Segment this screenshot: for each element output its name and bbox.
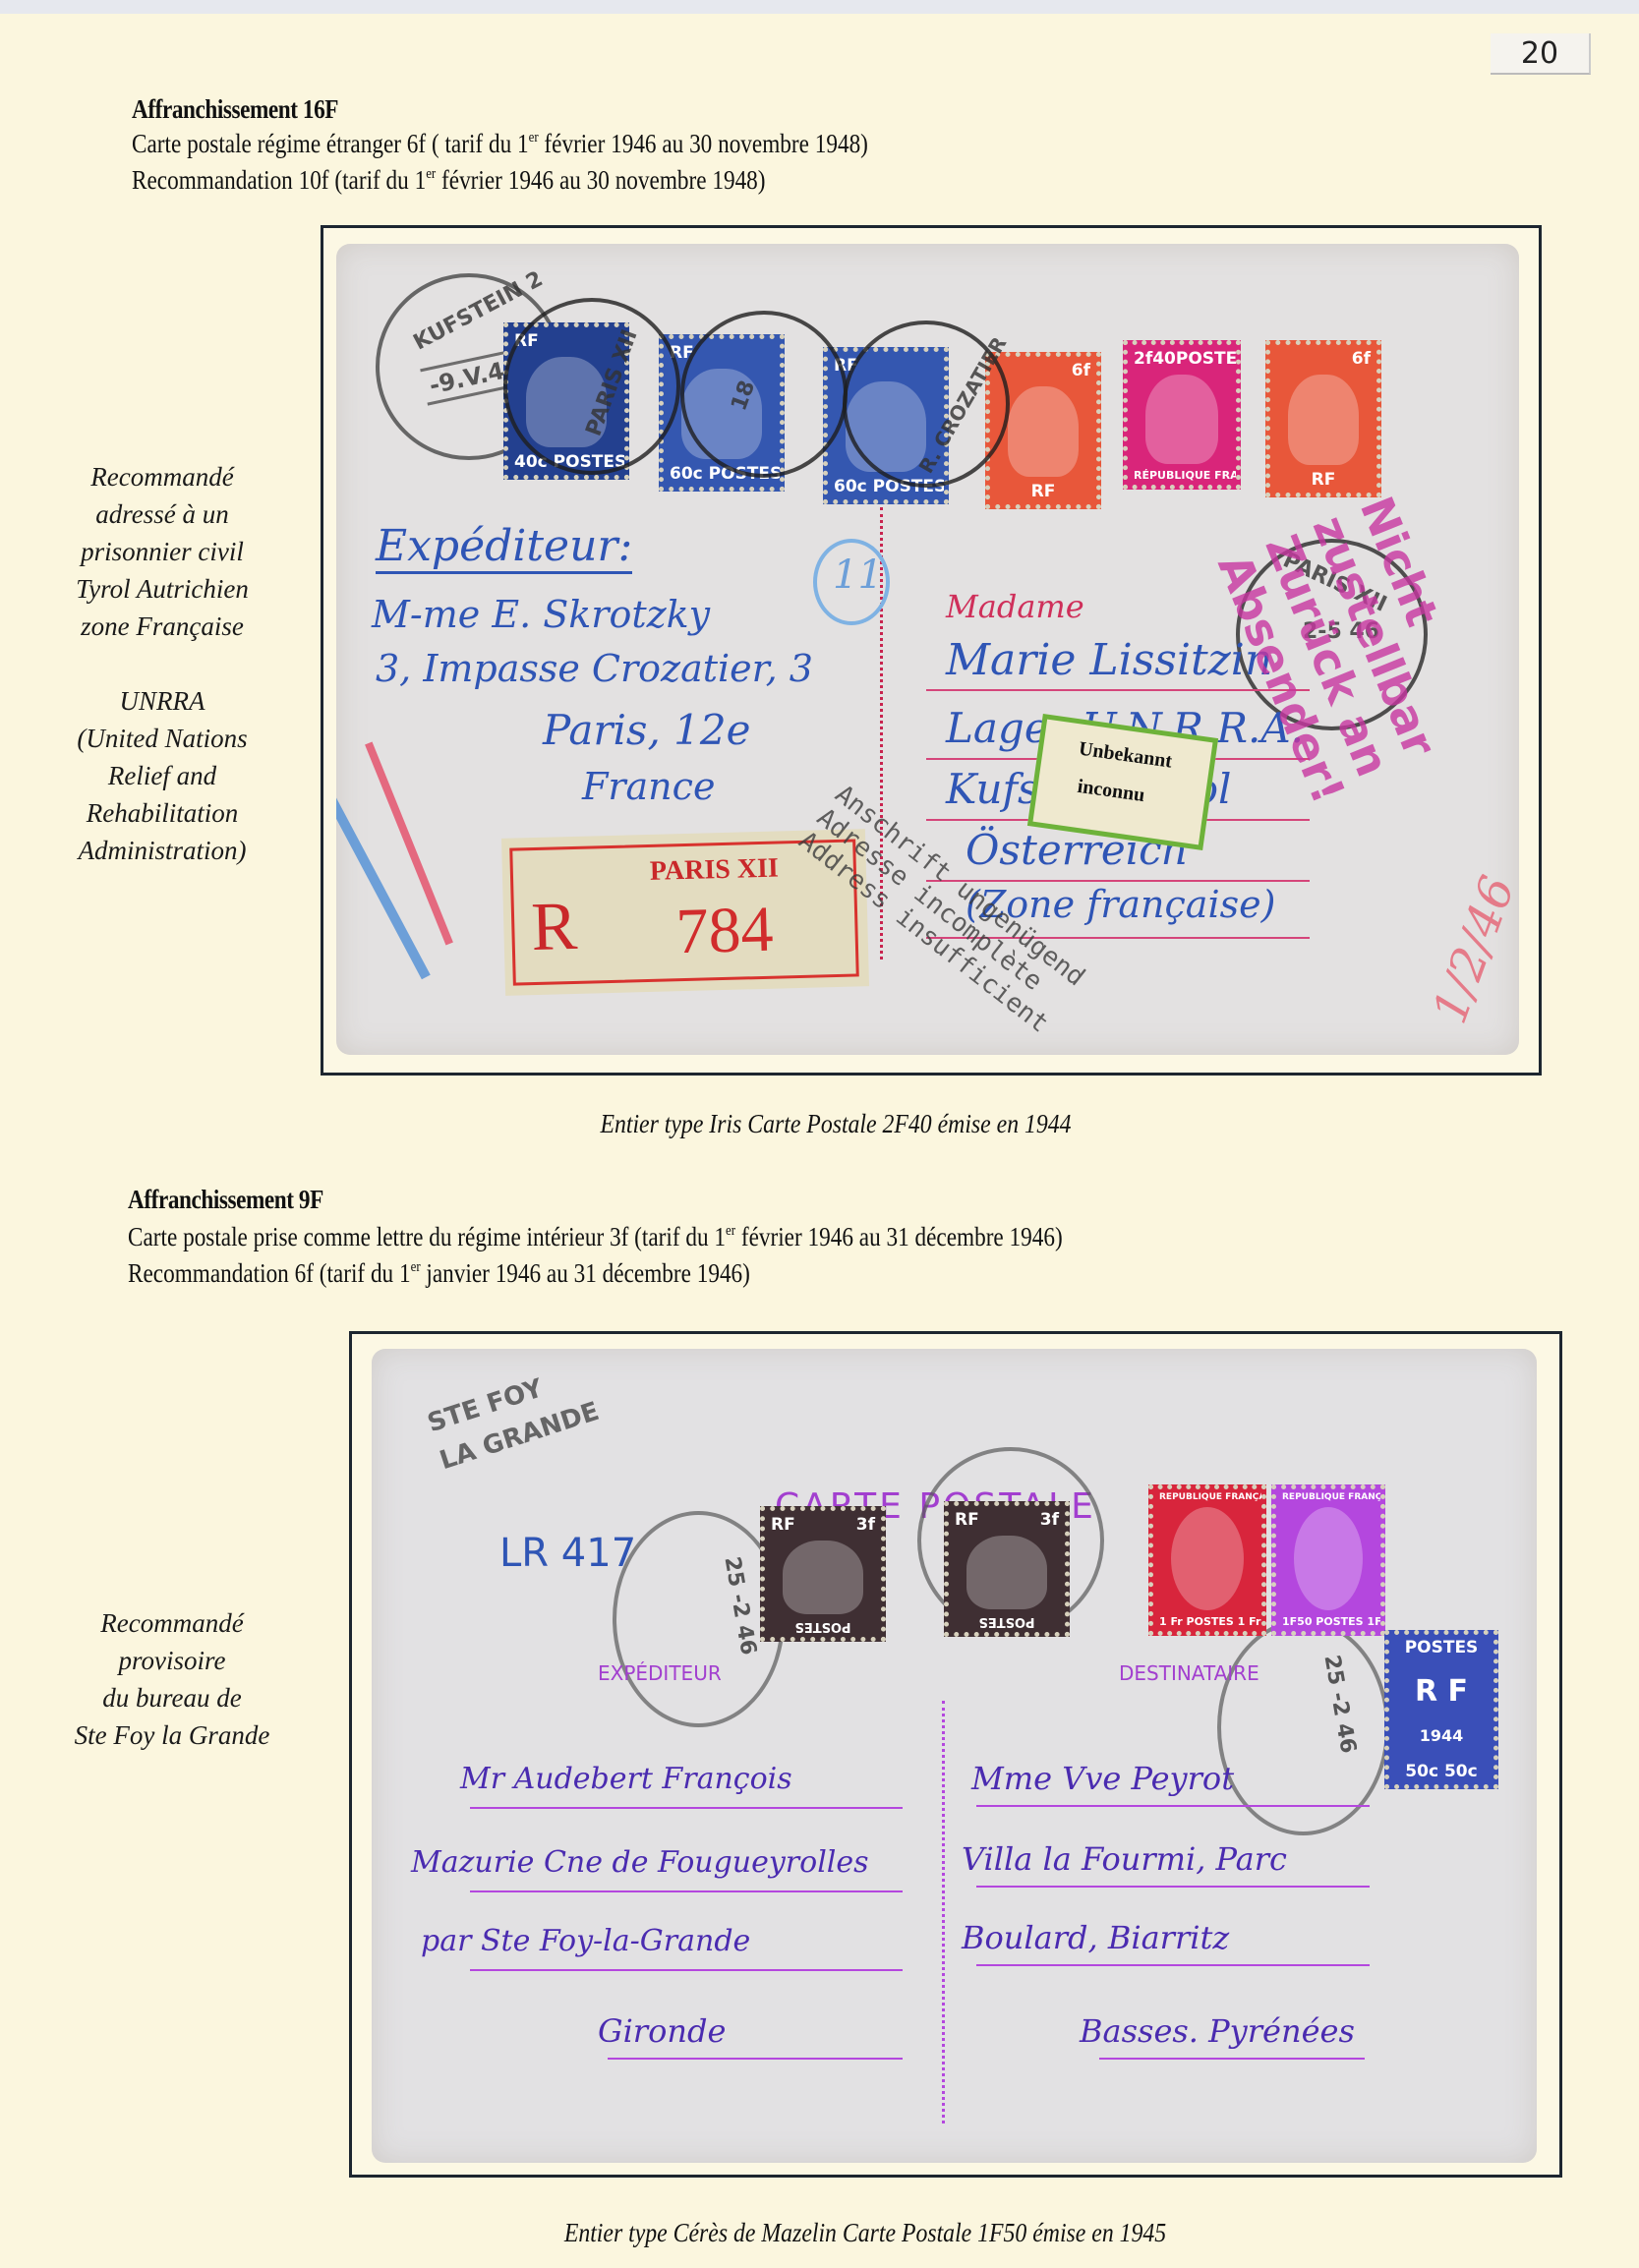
stamp-bottom-text: RF xyxy=(990,479,1096,504)
recipient-line: Boulard, Biarritz xyxy=(962,1919,1229,1956)
side-note-line: UNRRA xyxy=(20,682,305,720)
address-rule xyxy=(470,1890,903,1892)
stamp-1: RF3fPOSTES xyxy=(760,1506,886,1642)
section2-tariff-line: Carte postale prise comme lettre du régi… xyxy=(128,1222,1063,1252)
stamp-year: 1944 xyxy=(1389,1723,1493,1748)
stamp-bottom-text: 1 Fr POSTES 1 Fr xyxy=(1153,1612,1261,1631)
stamp-6: 6fRF xyxy=(1265,340,1381,497)
sender-heading: Expéditeur: xyxy=(376,521,632,574)
side-note-line: Recommandé xyxy=(29,1604,315,1642)
stamp-value: 3f xyxy=(856,1515,875,1535)
stamp-corner: 6f xyxy=(1072,361,1090,380)
stamp-bottom-text: RÉPUBLIQUE FRANÇAISE xyxy=(1128,466,1236,485)
stamp-top-text: POSTES xyxy=(1389,1635,1493,1660)
stamp-portrait xyxy=(1171,1507,1244,1610)
side-note-line: prisonnier civil xyxy=(20,533,305,570)
address-rule xyxy=(926,880,1310,882)
stamp-center: R F xyxy=(1389,1671,1493,1712)
address-rule xyxy=(470,1807,903,1809)
side-note-line: Ste Foy la Grande xyxy=(29,1716,315,1754)
scan-top-strip xyxy=(0,0,1639,14)
stamp-corner: 6f xyxy=(1352,349,1371,369)
registration-note: LR 417 xyxy=(499,1531,636,1576)
side-note-line: zone Française xyxy=(20,608,305,645)
sender-label: EXPÉDITEUR xyxy=(598,1661,722,1685)
section1-caption: Entier type Iris Carte Postale 2F40 émis… xyxy=(446,1109,1225,1139)
stamp-portrait xyxy=(1288,375,1359,465)
address-rule xyxy=(976,1886,1370,1888)
stamp-5: POSTESR F194450c 50c xyxy=(1384,1630,1498,1789)
postcard-1: KUFSTEIN 2 -9.V.46 RF40c POSTES 40cRF60c… xyxy=(336,244,1519,1055)
stamp-portrait xyxy=(1008,386,1079,477)
section1-registration-line: Recommandation 10f (tarif du 1er février… xyxy=(132,165,766,196)
stamp-3: REPUBLIQUE FRANÇAISE1 Fr POSTES 1 Fr xyxy=(1148,1484,1266,1636)
stamp-corner: POSTES xyxy=(1176,349,1241,369)
stamp-5: 2f40POSTESRÉPUBLIQUE FRANÇAISE xyxy=(1123,340,1241,490)
sender-line: Mr Audebert François xyxy=(460,1762,792,1796)
sender-line: Gironde xyxy=(598,2012,726,2050)
stamp-rf: RF xyxy=(771,1515,795,1535)
unknown-label: Unbekannt inconnu xyxy=(1027,714,1218,850)
sender-line: 3, Impasse Crozatier, 3 xyxy=(376,647,813,690)
section2-caption: Entier type Cérès de Mazelin Carte Posta… xyxy=(476,2218,1255,2248)
pencil-note: 1/2/46 xyxy=(1423,869,1519,1030)
stamp-rf: RF xyxy=(955,1510,979,1530)
section2-heading: Affranchissement 9F xyxy=(128,1185,323,1215)
paris-postmark-1: PARIS XII xyxy=(503,298,680,475)
address-rule xyxy=(470,1969,903,1971)
stamp-top-text: 6f xyxy=(1270,345,1376,373)
side-note-line: Tyrol Autrichien xyxy=(20,570,305,608)
stamp-value: 3f xyxy=(1040,1510,1059,1530)
stamp-2: RF3fPOSTES xyxy=(944,1501,1070,1637)
ste-foy-postmark-1: 25 -2 46 xyxy=(613,1511,785,1727)
stamp-top-text: RF3f xyxy=(949,1506,1065,1534)
card2-divider xyxy=(942,1701,945,2123)
postcard-2: STE FOYLA GRANDE LR 417 CARTE POSTALE 25… xyxy=(372,1349,1537,2163)
side-note-line xyxy=(20,645,305,682)
stamp-portrait xyxy=(966,1536,1047,1609)
stamp-portrait xyxy=(1145,375,1218,464)
stamp-bottom-text: 50c 50c xyxy=(1389,1759,1493,1784)
address-rule xyxy=(976,1964,1370,1966)
stamp-bottom-text: POSTES xyxy=(765,1616,881,1637)
stamp-top-text: REPUBLIQUE FRANÇAISE xyxy=(1276,1489,1380,1505)
recipient-line: Basses. Pyrénées xyxy=(1080,2012,1355,2050)
stamp-portrait xyxy=(783,1541,863,1614)
side-note-line: Rehabilitation xyxy=(20,794,305,832)
return-to-sender-handstamp: Nicht zustellbarZurück an Absender! xyxy=(1208,490,1496,810)
stamp-bottom-text: POSTES xyxy=(949,1611,1065,1632)
address-rule xyxy=(1099,2058,1365,2060)
page-number: 20 xyxy=(1491,33,1591,75)
stamp-bottom-text: 1F50 POSTES 1F50 xyxy=(1276,1612,1380,1631)
address-rule xyxy=(608,2058,903,2060)
stamp-top-text: REPUBLIQUE FRANÇAISE xyxy=(1153,1489,1261,1505)
side-note-line: Administration) xyxy=(20,832,305,869)
paris-postmark-2: 18 xyxy=(680,311,848,478)
address-rule xyxy=(976,1805,1370,1807)
stamp-bottom-text: RF xyxy=(1270,467,1376,493)
circled-mark: 11 xyxy=(813,539,890,625)
stamp-top-text: 2f40POSTES xyxy=(1128,345,1236,373)
stamp-portrait xyxy=(1294,1507,1363,1610)
section2-side-note: Recommandéprovisoiredu bureau deSte Foy … xyxy=(29,1604,315,1754)
sender-line: Mazurie Cne de Fougueyrolles xyxy=(411,1845,869,1880)
sender-line: M-me E. Skrotzky xyxy=(372,593,710,636)
side-note-line: Relief and xyxy=(20,757,305,794)
section1-side-note: Recommandéadressé à unprisonnier civilTy… xyxy=(20,458,305,869)
recipient-line: Marie Lissitzin xyxy=(946,635,1272,685)
paris-postmark-3: R. CROZATIER xyxy=(843,320,1010,488)
stamp-value: 2f40 xyxy=(1134,349,1176,369)
address-rule xyxy=(926,689,1310,691)
red-pencil-mark xyxy=(365,742,453,946)
stamp-4: REPUBLIQUE FRANÇAISE1F50 POSTES 1F50 xyxy=(1271,1484,1385,1636)
side-note-line: du bureau de xyxy=(29,1679,315,1716)
recipient-line: Villa la Fourmi, Parc xyxy=(962,1840,1287,1878)
side-note-line: (United Nations xyxy=(20,720,305,757)
section2-registration-line: Recommandation 6f (tarif du 1er janvier … xyxy=(128,1258,750,1289)
stamp-top-text: RF3f xyxy=(765,1511,881,1539)
ste-foy-postmark-3: 25 -2 46 xyxy=(1217,1619,1389,1835)
section1-tariff-line: Carte postale régime étranger 6f ( tarif… xyxy=(132,129,868,159)
sender-line: Paris, 12e xyxy=(543,706,750,754)
side-note-line: provisoire xyxy=(29,1642,315,1679)
provisional-office-handstamp: STE FOYLA GRANDE xyxy=(423,1355,605,1481)
side-note-line: Recommandé xyxy=(20,458,305,495)
side-note-line: adressé à un xyxy=(20,495,305,533)
section1-heading: Affranchissement 16F xyxy=(132,94,338,125)
recipient-line: Mme Vve Peyrot xyxy=(971,1760,1234,1797)
sender-line: par Ste Foy-la-Grande xyxy=(421,1924,750,1958)
recipient-salutation: Madame xyxy=(946,588,1084,625)
sender-line: France xyxy=(582,765,715,808)
recipient-label: DESTINATAIRE xyxy=(1119,1661,1259,1685)
